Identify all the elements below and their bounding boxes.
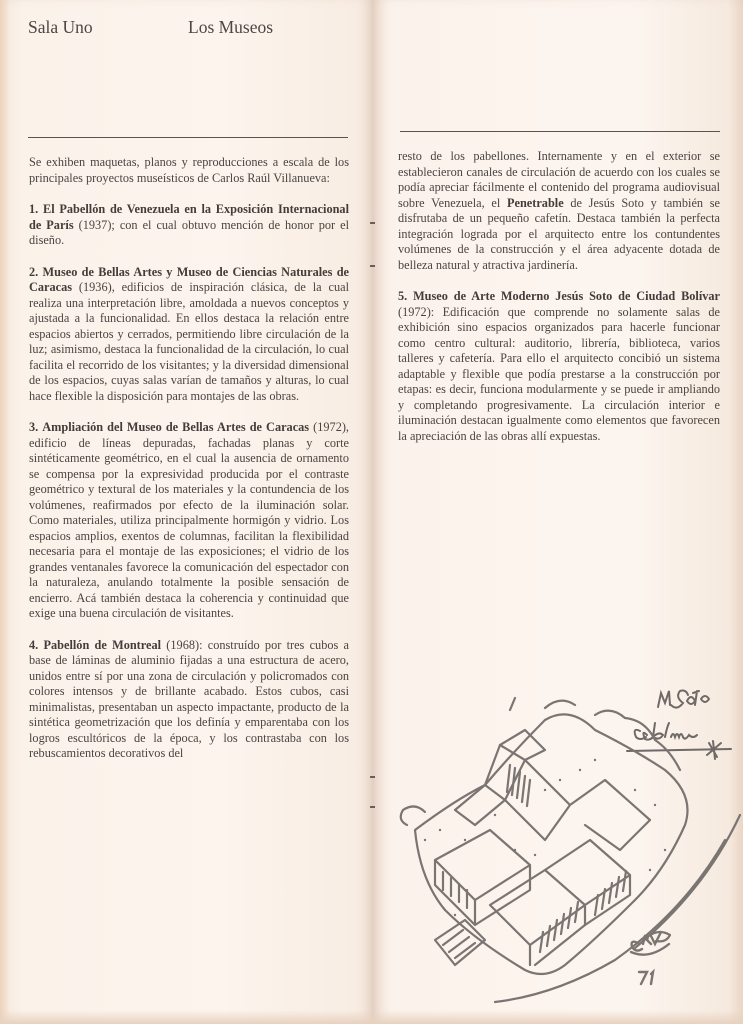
- artwork-name: Penetrable: [507, 196, 564, 210]
- item-description: (1968): construído por tres cubos a base…: [29, 638, 349, 761]
- right-column-text: resto de los pabellones. Internamente y …: [398, 149, 720, 460]
- museum-item-1: 1. El Pabellón de Venezuela en la Exposi…: [29, 202, 349, 249]
- museum-item-3: 3. Ampliación del Museo de Bellas Artes …: [29, 420, 349, 622]
- item-number: 2.: [29, 265, 38, 279]
- staple-mark: [370, 776, 375, 778]
- museum-item-4: 4. Pabellón de Montreal (1968): construí…: [29, 638, 349, 762]
- item-number: 3.: [29, 420, 38, 434]
- divider-rule: [28, 137, 348, 138]
- item-number: 4.: [29, 638, 38, 652]
- staple-mark: [370, 222, 375, 224]
- continuation-paragraph: resto de los pabellones. Internamente y …: [398, 149, 720, 273]
- item-description: (1936), edificios de inspiración clásica…: [29, 280, 349, 403]
- item-name: Museo de Arte Moderno Jesús Soto de Ciud…: [413, 289, 720, 303]
- staple-mark: [370, 265, 375, 267]
- page-edge-shadow: [0, 0, 10, 1024]
- divider-rule: [400, 131, 720, 132]
- item-name: Pabellón de Montreal: [44, 638, 162, 652]
- intro-paragraph: Se exhiben maquetas, planos y reproducci…: [29, 155, 349, 186]
- item-description: (1937); con el cual obtuvo mención de ho…: [29, 218, 349, 248]
- item-name: Ampliación del Museo de Bellas Artes de …: [42, 420, 309, 434]
- page-title: Los Museos: [188, 17, 273, 38]
- page-bottom-edge: [0, 1010, 372, 1024]
- item-number: 5.: [398, 289, 407, 303]
- left-column-text: Se exhiben maquetas, planos y reproducci…: [29, 155, 349, 778]
- brochure-spread: Sala Uno Los Museos Se exhiben maquetas,…: [0, 0, 743, 1024]
- museum-item-5: 5. Museo de Arte Moderno Jesús Soto de C…: [398, 289, 720, 444]
- item-number: 1.: [29, 202, 38, 216]
- page-bottom-edge: [372, 1010, 743, 1024]
- museum-sketch-illustration: [395, 690, 743, 1010]
- item-description: (1972), edificio de líneas depuradas, fa…: [29, 420, 349, 620]
- staple-mark: [370, 806, 375, 808]
- section-label: Sala Uno: [28, 17, 93, 38]
- item-description: (1972): Edificación que comprende no sol…: [398, 305, 720, 443]
- museum-item-2: 2. Museo de Bellas Artes y Museo de Cien…: [29, 265, 349, 405]
